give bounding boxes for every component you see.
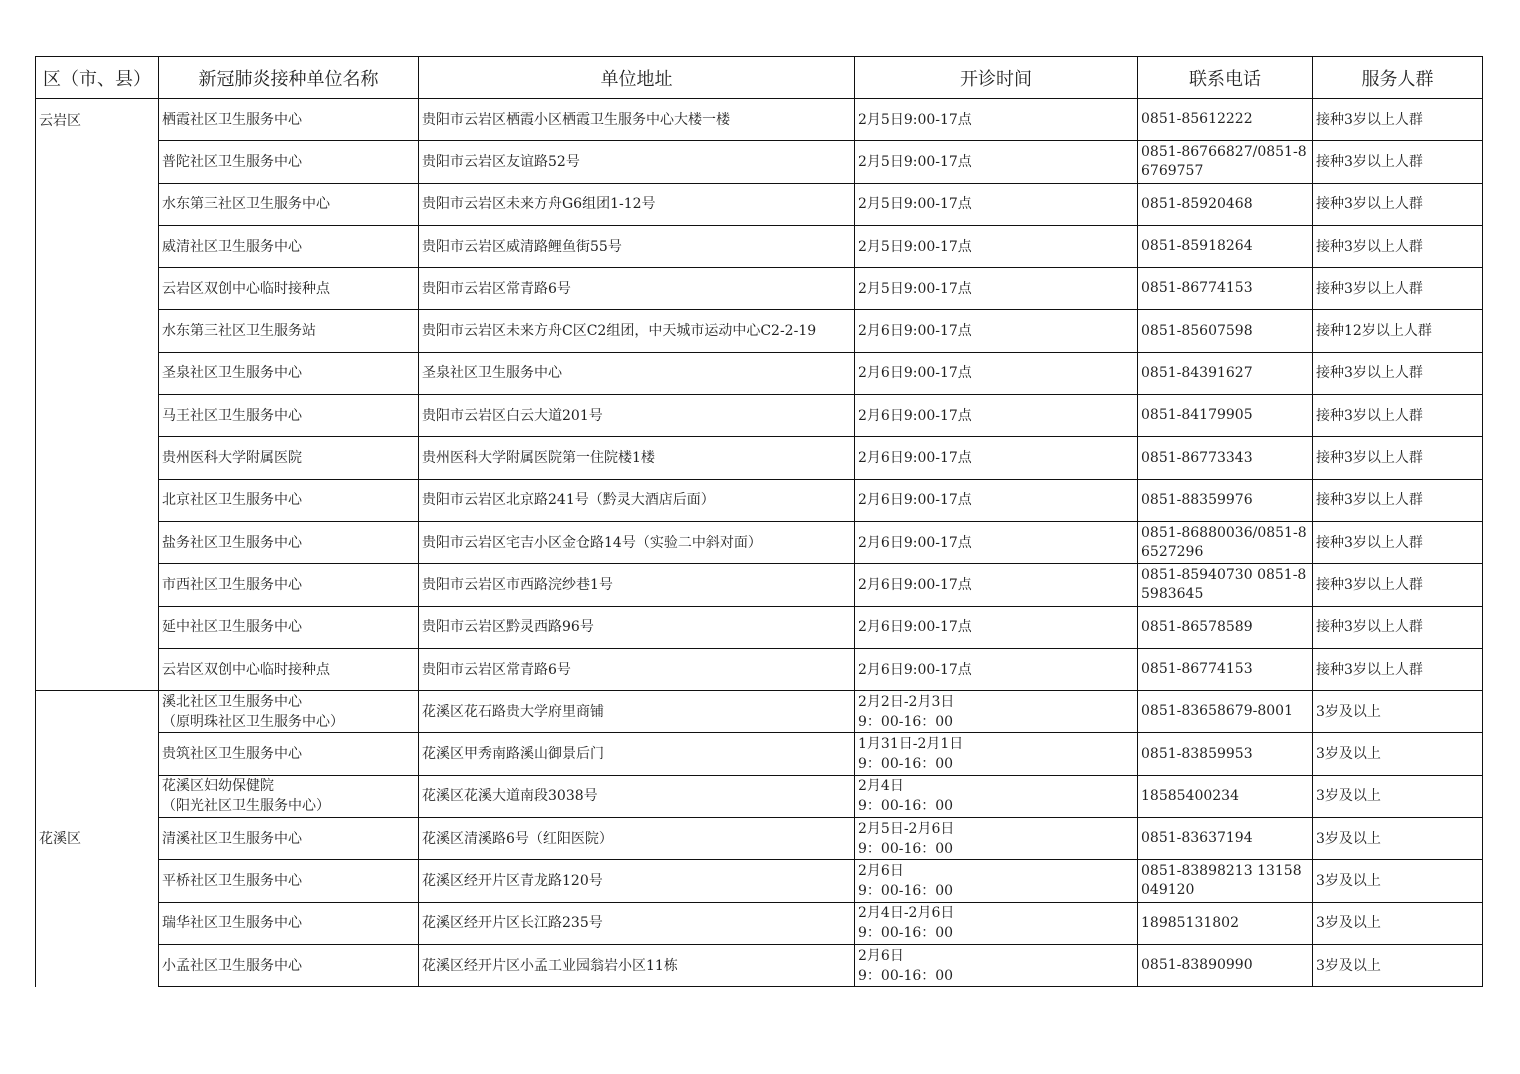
site-name-cell: 贵筑社区卫生服务中心 [159, 733, 419, 775]
site-name-cell: 北京社区卫生服务中心 [159, 479, 419, 521]
hours-cell: 2月6日9:00-17点 [855, 648, 1138, 690]
hours-cell: 1月31日-2月1日 9：00-16：00 [855, 733, 1138, 775]
population-cell: 3岁及以上 [1313, 733, 1483, 775]
vaccination-sites-table: 区（市、县） 新冠肺炎接种单位名称 单位地址 开诊时间 联系电话 服务人群 云岩… [35, 56, 1483, 987]
table-row: 花溪区溪北社区卫生服务中心 （原明珠社区卫生服务中心）花溪区花石路贵大学府里商铺… [36, 691, 1483, 733]
address-cell: 贵阳市云岩区未来方舟G6组团1-12号 [419, 183, 855, 225]
hours-cell: 2月4日 9：00-16：00 [855, 775, 1138, 817]
header-population: 服务人群 [1313, 57, 1483, 99]
address-cell: 贵阳市云岩区黔灵西路96号 [419, 606, 855, 648]
phone-cell: 0851-83898213 13158049120 [1138, 860, 1313, 902]
population-cell: 3岁及以上 [1313, 691, 1483, 733]
table-row: 花溪区妇幼保健院 （阳光社区卫生服务中心）花溪区花溪大道南段3038号2月4日 … [36, 775, 1483, 817]
table-row: 普陀社区卫生服务中心贵阳市云岩区友谊路52号2月5日9:00-17点0851-8… [36, 141, 1483, 183]
address-cell: 花溪区经开片区小孟工业园翁岩小区11栋 [419, 944, 855, 986]
phone-cell: 0851-83658679-8001 [1138, 691, 1313, 733]
phone-cell: 0851-83859953 [1138, 733, 1313, 775]
phone-cell: 0851-88359976 [1138, 479, 1313, 521]
header-row: 区（市、县） 新冠肺炎接种单位名称 单位地址 开诊时间 联系电话 服务人群 [36, 57, 1483, 99]
population-cell: 接种3岁以上人群 [1313, 606, 1483, 648]
address-cell: 贵阳市云岩区未来方舟C区C2组团，中天城市运动中心C2-2-19 [419, 310, 855, 352]
address-cell: 贵阳市云岩区北京路241号（黔灵大酒店后面） [419, 479, 855, 521]
phone-cell: 0851-86774153 [1138, 268, 1313, 310]
header-address: 单位地址 [419, 57, 855, 99]
site-name-cell: 平桥社区卫生服务中心 [159, 860, 419, 902]
header-site-name: 新冠肺炎接种单位名称 [159, 57, 419, 99]
address-cell: 花溪区花溪大道南段3038号 [419, 775, 855, 817]
address-cell: 贵阳市云岩区友谊路52号 [419, 141, 855, 183]
address-cell: 贵阳市云岩区市西路浣纱巷1号 [419, 564, 855, 606]
hours-cell: 2月5日9:00-17点 [855, 268, 1138, 310]
address-cell: 贵阳市云岩区威清路鲤鱼街55号 [419, 225, 855, 267]
population-cell: 接种3岁以上人群 [1313, 183, 1483, 225]
phone-cell: 0851-85612222 [1138, 99, 1313, 141]
hours-cell: 2月5日-2月6日 9：00-16：00 [855, 818, 1138, 860]
site-name-cell: 圣泉社区卫生服务中心 [159, 352, 419, 394]
phone-cell: 0851-86578589 [1138, 606, 1313, 648]
table-row: 云岩区双创中心临时接种点贵阳市云岩区常青路6号2月5日9:00-17点0851-… [36, 268, 1483, 310]
site-name-cell: 栖霞社区卫生服务中心 [159, 99, 419, 141]
table-row: 小孟社区卫生服务中心花溪区经开片区小孟工业园翁岩小区11栋2月6日 9：00-1… [36, 944, 1483, 986]
table-row: 水东第三社区卫生服务站贵阳市云岩区未来方舟C区C2组团，中天城市运动中心C2-2… [36, 310, 1483, 352]
phone-cell: 0851-85920468 [1138, 183, 1313, 225]
hours-cell: 2月2日-2月3日 9：00-16：00 [855, 691, 1138, 733]
population-cell: 接种3岁以上人群 [1313, 648, 1483, 690]
address-cell: 贵阳市云岩区白云大道201号 [419, 395, 855, 437]
site-name-cell: 小孟社区卫生服务中心 [159, 944, 419, 986]
phone-cell: 0851-84391627 [1138, 352, 1313, 394]
table-row: 威清社区卫生服务中心贵阳市云岩区威清路鲤鱼街55号2月5日9:00-17点085… [36, 225, 1483, 267]
site-name-cell: 威清社区卫生服务中心 [159, 225, 419, 267]
hours-cell: 2月6日 9：00-16：00 [855, 944, 1138, 986]
hours-cell: 2月6日9:00-17点 [855, 310, 1138, 352]
hours-cell: 2月6日9:00-17点 [855, 479, 1138, 521]
phone-cell: 0851-84179905 [1138, 395, 1313, 437]
phone-cell: 0851-86774153 [1138, 648, 1313, 690]
table-row: 瑞华社区卫生服务中心花溪区经开片区长江路235号2月4日-2月6日 9：00-1… [36, 902, 1483, 944]
population-cell: 接种3岁以上人群 [1313, 395, 1483, 437]
hours-cell: 2月6日9:00-17点 [855, 564, 1138, 606]
hours-cell: 2月5日9:00-17点 [855, 225, 1138, 267]
table-row: 贵州医科大学附属医院贵州医科大学附属医院第一住院楼1楼2月6日9:00-17点0… [36, 437, 1483, 479]
phone-cell: 18985131802 [1138, 902, 1313, 944]
table-row: 北京社区卫生服务中心贵阳市云岩区北京路241号（黔灵大酒店后面）2月6日9:00… [36, 479, 1483, 521]
district-cell: 云岩区 [36, 99, 159, 691]
phone-cell: 0851-85607598 [1138, 310, 1313, 352]
table-row: 平桥社区卫生服务中心花溪区经开片区青龙路120号2月6日 9：00-16：000… [36, 860, 1483, 902]
population-cell: 接种3岁以上人群 [1313, 521, 1483, 563]
hours-cell: 2月6日9:00-17点 [855, 606, 1138, 648]
table-row: 马王社区卫生服务中心贵阳市云岩区白云大道201号2月6日9:00-17点0851… [36, 395, 1483, 437]
site-name-cell: 盐务社区卫生服务中心 [159, 521, 419, 563]
address-cell: 贵州医科大学附属医院第一住院楼1楼 [419, 437, 855, 479]
address-cell: 花溪区甲秀南路溪山御景后门 [419, 733, 855, 775]
site-name-cell: 延中社区卫生服务中心 [159, 606, 419, 648]
header-phone: 联系电话 [1138, 57, 1313, 99]
address-cell: 花溪区清溪路6号（红阳医院） [419, 818, 855, 860]
table-row: 水东第三社区卫生服务中心贵阳市云岩区未来方舟G6组团1-12号2月5日9:00-… [36, 183, 1483, 225]
site-name-cell: 普陀社区卫生服务中心 [159, 141, 419, 183]
phone-cell: 0851-83637194 [1138, 818, 1313, 860]
population-cell: 3岁及以上 [1313, 860, 1483, 902]
site-name-cell: 贵州医科大学附属医院 [159, 437, 419, 479]
hours-cell: 2月4日-2月6日 9：00-16：00 [855, 902, 1138, 944]
address-cell: 贵阳市云岩区常青路6号 [419, 268, 855, 310]
phone-cell: 0851-86880036/0851-86527296 [1138, 521, 1313, 563]
address-cell: 贵阳市云岩区栖霞小区栖霞卫生服务中心大楼一楼 [419, 99, 855, 141]
phone-cell: 0851-85918264 [1138, 225, 1313, 267]
address-cell: 花溪区经开片区长江路235号 [419, 902, 855, 944]
site-name-cell: 溪北社区卫生服务中心 （原明珠社区卫生服务中心） [159, 691, 419, 733]
hours-cell: 2月6日9:00-17点 [855, 395, 1138, 437]
address-cell: 圣泉社区卫生服务中心 [419, 352, 855, 394]
hours-cell: 2月6日9:00-17点 [855, 352, 1138, 394]
hours-cell: 2月6日 9：00-16：00 [855, 860, 1138, 902]
population-cell: 3岁及以上 [1313, 902, 1483, 944]
site-name-cell: 瑞华社区卫生服务中心 [159, 902, 419, 944]
table-row: 云岩区双创中心临时接种点贵阳市云岩区常青路6号2月6日9:00-17点0851-… [36, 648, 1483, 690]
phone-cell: 0851-83890990 [1138, 944, 1313, 986]
table-row: 延中社区卫生服务中心贵阳市云岩区黔灵西路96号2月6日9:00-17点0851-… [36, 606, 1483, 648]
header-hours: 开诊时间 [855, 57, 1138, 99]
address-cell: 贵阳市云岩区宅吉小区金仓路14号（实验二中斜对面） [419, 521, 855, 563]
table-row: 贵筑社区卫生服务中心花溪区甲秀南路溪山御景后门1月31日-2月1日 9：00-1… [36, 733, 1483, 775]
site-name-cell: 马王社区卫生服务中心 [159, 395, 419, 437]
phone-cell: 0851-85940730 0851-85983645 [1138, 564, 1313, 606]
phone-cell: 0851-86773343 [1138, 437, 1313, 479]
population-cell: 接种3岁以上人群 [1313, 141, 1483, 183]
population-cell: 接种3岁以上人群 [1313, 352, 1483, 394]
table-row: 清溪社区卫生服务中心花溪区清溪路6号（红阳医院）2月5日-2月6日 9：00-1… [36, 818, 1483, 860]
site-name-cell: 清溪社区卫生服务中心 [159, 818, 419, 860]
header-district: 区（市、县） [36, 57, 159, 99]
address-cell: 贵阳市云岩区常青路6号 [419, 648, 855, 690]
hours-cell: 2月5日9:00-17点 [855, 141, 1138, 183]
population-cell: 接种3岁以上人群 [1313, 479, 1483, 521]
population-cell: 接种3岁以上人群 [1313, 268, 1483, 310]
district-cell: 花溪区 [36, 691, 159, 987]
population-cell: 3岁及以上 [1313, 944, 1483, 986]
address-cell: 花溪区经开片区青龙路120号 [419, 860, 855, 902]
site-name-cell: 云岩区双创中心临时接种点 [159, 648, 419, 690]
vaccination-sites-sheet: 区（市、县） 新冠肺炎接种单位名称 单位地址 开诊时间 联系电话 服务人群 云岩… [35, 56, 1483, 987]
address-cell: 花溪区花石路贵大学府里商铺 [419, 691, 855, 733]
table-row: 云岩区栖霞社区卫生服务中心贵阳市云岩区栖霞小区栖霞卫生服务中心大楼一楼2月5日9… [36, 99, 1483, 141]
hours-cell: 2月5日9:00-17点 [855, 99, 1138, 141]
population-cell: 3岁及以上 [1313, 818, 1483, 860]
hours-cell: 2月6日9:00-17点 [855, 521, 1138, 563]
site-name-cell: 市西社区卫生服务中心 [159, 564, 419, 606]
population-cell: 接种3岁以上人群 [1313, 225, 1483, 267]
population-cell: 接种12岁以上人群 [1313, 310, 1483, 352]
population-cell: 接种3岁以上人群 [1313, 99, 1483, 141]
population-cell: 接种3岁以上人群 [1313, 437, 1483, 479]
table-row: 盐务社区卫生服务中心贵阳市云岩区宅吉小区金仓路14号（实验二中斜对面）2月6日9… [36, 521, 1483, 563]
site-name-cell: 花溪区妇幼保健院 （阳光社区卫生服务中心） [159, 775, 419, 817]
hours-cell: 2月5日9:00-17点 [855, 183, 1138, 225]
site-name-cell: 云岩区双创中心临时接种点 [159, 268, 419, 310]
phone-cell: 18585400234 [1138, 775, 1313, 817]
hours-cell: 2月6日9:00-17点 [855, 437, 1138, 479]
population-cell: 接种3岁以上人群 [1313, 564, 1483, 606]
table-row: 市西社区卫生服务中心贵阳市云岩区市西路浣纱巷1号2月6日9:00-17点0851… [36, 564, 1483, 606]
population-cell: 3岁及以上 [1313, 775, 1483, 817]
site-name-cell: 水东第三社区卫生服务站 [159, 310, 419, 352]
site-name-cell: 水东第三社区卫生服务中心 [159, 183, 419, 225]
table-row: 圣泉社区卫生服务中心圣泉社区卫生服务中心2月6日9:00-17点0851-843… [36, 352, 1483, 394]
phone-cell: 0851-86766827/0851-86769757 [1138, 141, 1313, 183]
